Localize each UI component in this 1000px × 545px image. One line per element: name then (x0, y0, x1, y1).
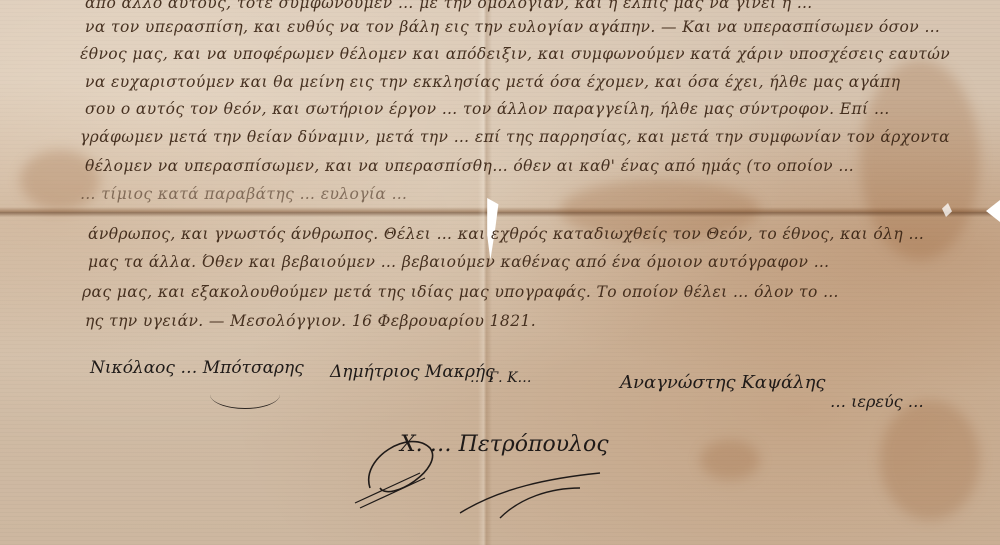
manuscript-line: να τον υπερασπίση, και ευθύς να τον βάλη… (85, 18, 940, 36)
paper-tear (986, 200, 1000, 222)
signature: Νικόλαος … Μπότσαρης (90, 358, 304, 378)
manuscript-line: ης την υγειάν. — Μεσολόγγιον. 16 Φεβρουα… (85, 312, 536, 330)
horizontal-fold (0, 207, 1000, 217)
manuscript-line: θέλομεν να υπερασπίσωμεν, και να υπερασπ… (85, 157, 854, 175)
manuscript-line: γράφωμεν μετά την θείαν δύναμιν, μετά τη… (80, 128, 950, 146)
signature: Αναγνώστης Καψάλης (620, 372, 825, 393)
signature-flourish (210, 380, 280, 409)
manuscript-line: … τίμιος κατά παραβάτης … ευλογία … (80, 185, 407, 203)
manuscript-page: από άλλο αυτούς, τότε συμφωνούμεν … με τ… (0, 0, 1000, 545)
manuscript-line: να ευχαριστούμεν και θα μείνη εις την εκ… (85, 73, 900, 91)
signature: … Γ. Κ… (470, 370, 532, 386)
manuscript-line: ρας μας, και εξακολουθούμεν μετά της ιδί… (82, 283, 839, 301)
manuscript-line: έθνος μας, και να υποφέρωμεν θέλομεν και… (80, 45, 950, 63)
manuscript-line: από άλλο αυτούς, τότε συμφωνούμεν … με τ… (85, 0, 813, 12)
stain (700, 440, 760, 480)
signature-flourish (350, 418, 630, 528)
manuscript-line: σου ο αυτός τον θεόν, και σωτήριον έργον… (85, 100, 890, 118)
signature: … ιερεύς … (830, 392, 924, 411)
manuscript-line: μας τα άλλα. Όθεν και βεβαιούμεν … βεβαι… (88, 253, 830, 271)
manuscript-line: άνθρωπος, και γνωστός άνθρωπος. Θέλει … … (88, 225, 924, 243)
stain (880, 400, 980, 520)
